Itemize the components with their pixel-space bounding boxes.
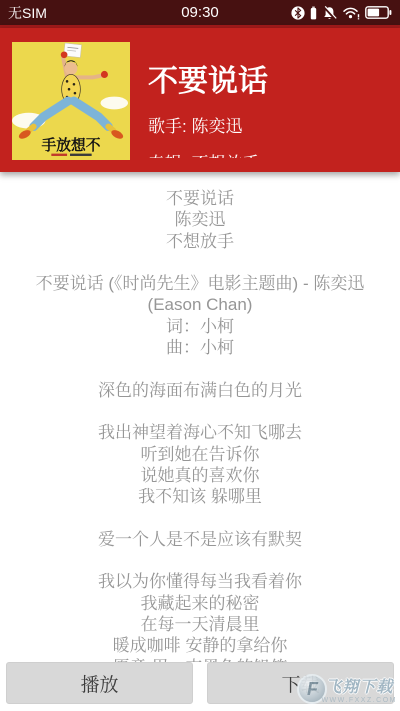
lyric-blank-line bbox=[0, 252, 400, 273]
lyric-line: 我不知该 躲哪里 bbox=[0, 486, 400, 507]
artist-line: 歌手: 陈奕迅 bbox=[148, 112, 268, 137]
action-bar: 播放 下载 bbox=[0, 662, 400, 704]
download-button[interactable]: 下载 bbox=[207, 662, 394, 704]
lyric-line: 爱一个人是不是应该有默契 bbox=[0, 529, 400, 550]
lyric-line: 深色的海面布满白色的月光 bbox=[0, 380, 400, 401]
album-line: 专辑: 不想放手 bbox=[148, 149, 268, 158]
lyric-line: 说她真的喜欢你 bbox=[0, 465, 400, 486]
album-cover-title: 手放想不 bbox=[42, 136, 101, 154]
lyric-line: (Eason Chan) bbox=[0, 294, 400, 315]
battery-icon bbox=[365, 6, 392, 19]
lyric-line: 我藏起来的秘密 bbox=[0, 593, 400, 614]
wifi-icon bbox=[342, 6, 360, 20]
lyric-blank-line bbox=[0, 401, 400, 422]
lyric-line: 听到她在告诉你 bbox=[0, 444, 400, 465]
song-header: 手放想不 不要说话 歌手: 陈奕迅 专辑: 不想放手 bbox=[0, 28, 400, 172]
lyric-line: 在每一天清晨里 bbox=[0, 614, 400, 635]
lyric-line: 不想放手 bbox=[0, 231, 400, 252]
lyric-blank-line bbox=[0, 507, 400, 528]
bluetooth-icon bbox=[291, 6, 305, 20]
lyric-line: 不要说话 (《时尚先生》电影主题曲) - 陈奕迅 bbox=[0, 273, 400, 294]
lyric-blank-line bbox=[0, 358, 400, 379]
lyrics-panel[interactable]: 不要说话陈奕迅不想放手 不要说话 (《时尚先生》电影主题曲) - 陈奕迅(Eas… bbox=[0, 172, 400, 662]
play-button[interactable]: 播放 bbox=[6, 662, 193, 704]
lyric-blank-line bbox=[0, 550, 400, 571]
album-cover: 手放想不 bbox=[12, 42, 130, 160]
lyric-line: 不要说话 bbox=[0, 188, 400, 209]
status-bar: 无SIM 09:30 bbox=[0, 0, 400, 25]
lyric-line: 暖成咖啡 安静的拿给你 bbox=[0, 635, 400, 656]
lyric-line: 我出神望着海心不知飞哪去 bbox=[0, 422, 400, 443]
lyric-line: 曲：小柯 bbox=[0, 337, 400, 358]
lyric-line: 词：小柯 bbox=[0, 316, 400, 337]
lyric-line: 我以为你懂得每当我看着你 bbox=[0, 571, 400, 592]
bluetooth-battery-icon bbox=[310, 6, 317, 20]
lyric-line: 陈奕迅 bbox=[0, 209, 400, 230]
bell-slash-icon bbox=[322, 6, 337, 20]
song-title: 不要说话 bbox=[148, 56, 268, 100]
